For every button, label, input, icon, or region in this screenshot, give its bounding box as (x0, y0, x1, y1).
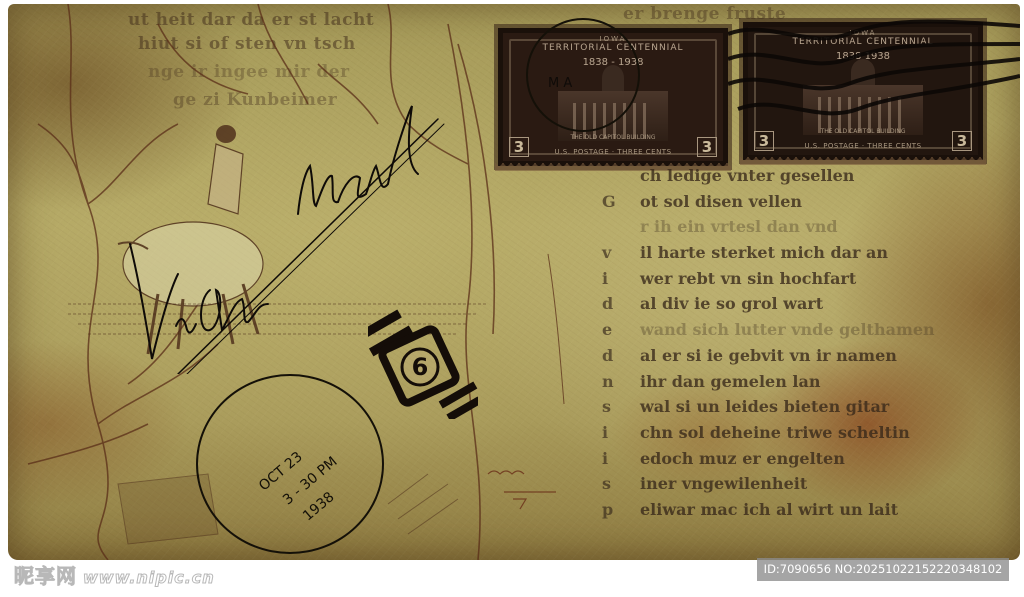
manuscript-line: ichn sol deheine triwe scheltin (600, 423, 1000, 449)
manuscript-line: dal div ie so grol wart (600, 294, 1000, 320)
stamp-bottom-text: U.S. POSTAGE · THREE CENTS (531, 148, 695, 156)
medieval-manuscript-text: ch ledige vnter gesellen Got sol disen v… (600, 166, 1000, 526)
stamp-denomination-left: 3 (509, 137, 529, 157)
handwriting-text: Via Air Mail (118, 94, 125, 95)
wavy-cancellation-lines (728, 4, 1020, 164)
nipic-watermark: 昵享网www.nipic.cn (14, 560, 215, 589)
manuscript-line: vil harte sterket mich dar an (600, 243, 1000, 269)
envelope: ut heit dar da er st lacht hiut si of st… (8, 4, 1020, 560)
stamp-postmark-circle (526, 18, 640, 132)
manuscript-line: siner vngewilenheit (600, 474, 1000, 500)
manuscript-line: iedoch muz er engelten (600, 449, 1000, 475)
stamp-caption: THE OLD CAPITOL BUILDING (503, 134, 723, 141)
number-6-cancellation-stamp: 6 (368, 309, 478, 419)
watermark-site-name: 昵享网 (14, 564, 77, 588)
manuscript-line: dal er si ie gebvit vn ir namen (600, 346, 1000, 372)
manuscript-line: r ih ein vrtesl dan vnd (600, 217, 1000, 243)
cancellation-number: 6 (412, 353, 429, 381)
watermark-site-url: www.nipic.cn (83, 568, 215, 587)
manuscript-line: peliwar mac ich al wirt un lait (600, 500, 1000, 526)
image-id-watermark: ID:7090656 NO:20251022152220348102 (757, 558, 1009, 581)
manuscript-line: Got sol disen vellen (600, 192, 1000, 218)
stamp-denomination-right: 3 (697, 137, 717, 157)
manuscript-line: ch ledige vnter gesellen (600, 166, 1000, 192)
manuscript-line: iwer rebt vn sin hochfart (600, 269, 1000, 295)
manuscript-line: nihr dan gemelen lan (600, 372, 1000, 398)
stamp-overprint: M A (548, 76, 572, 92)
manuscript-line: ewand sich lutter vnde gelthamen (600, 320, 1000, 346)
manuscript-line: swal si un leides bieten gitar (600, 397, 1000, 423)
